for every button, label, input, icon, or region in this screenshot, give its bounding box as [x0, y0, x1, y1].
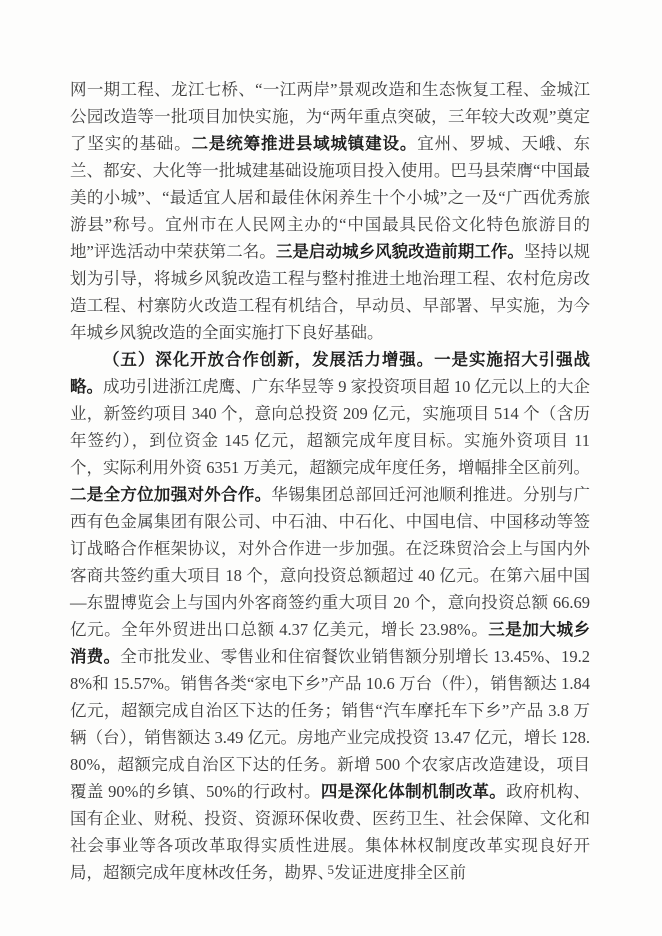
section-header-run: 三是启动城乡风貌改造前期工作。 [276, 242, 524, 261]
paragraph-2: （五）深化开放合作创新，发展活力增强。一是实施招大引强战略。成功引进浙江虎鹰、广… [70, 346, 590, 886]
text-run: 成功引进浙江虎鹰、广东华昱等 9 家投资项目超 10 亿元以上的大企业，新签约项… [70, 377, 590, 477]
page-number: 5 [0, 862, 662, 878]
document-page: 网一期工程、龙江七桥、“一江两岸”景观改造和生态恢复工程、金城江公园改造等一批项… [0, 0, 662, 936]
paragraph-1: 网一期工程、龙江七桥、“一江两岸”景观改造和生态恢复工程、金城江公园改造等一批项… [70, 76, 590, 346]
document-body: 网一期工程、龙江七桥、“一江两岸”景观改造和生态恢复工程、金城江公园改造等一批项… [70, 76, 590, 886]
section-header-run: 四是深化体制机制改革。 [321, 782, 506, 801]
section-header-run: 二是统筹推进县域城镇建设。 [192, 134, 418, 153]
text-run: 华锡集团总部回迁河池顺利推进。分别与广西有色金属集团有限公司、中石油、中石化、中… [70, 485, 590, 639]
section-header-run: 二是全方位加强对外合作。 [70, 485, 271, 504]
text-run: 全市批发业、零售业和住宿餐饮业销售额分别增长 13.45%、19.28%和 15… [70, 647, 590, 801]
